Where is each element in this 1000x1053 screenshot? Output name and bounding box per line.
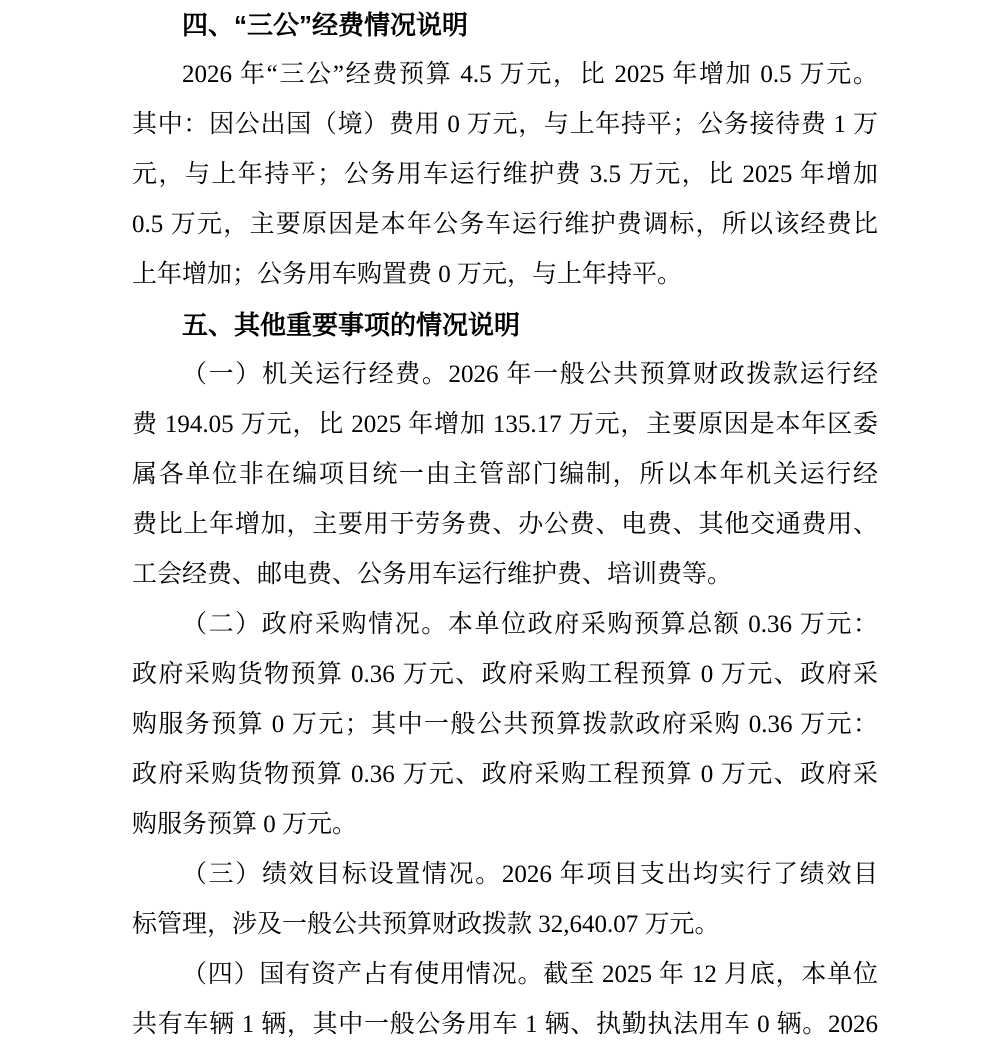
section-4-heading: 四、“三公”经费情况说明 (132, 0, 878, 50)
text-line: 政府采购货物预算 0.36 万元、政府采购工程预算 0 万元、政府采 (132, 650, 878, 700)
text-line: 上年增加；公务用车购置费 0 万元，与上年持平。 (132, 250, 878, 300)
text-line: 0.5 万元，主要原因是本年公务车运行维护费调标，所以该经费比 (132, 200, 878, 250)
text-line: 其中：因公出国（境）费用 0 万元，与上年持平；公务接待费 1 万 (132, 100, 878, 150)
text-line: 2026 年“三公”经费预算 4.5 万元，比 2025 年增加 0.5 万元。 (132, 50, 878, 100)
document-body: 四、“三公”经费情况说明 2026 年“三公”经费预算 4.5 万元，比 202… (132, 0, 878, 1050)
text-line: 购服务预算 0 万元。 (132, 800, 878, 850)
text-line: 共有车辆 1 辆，其中一般公务用车 1 辆、执勤执法用车 0 辆。2026 (132, 1000, 878, 1050)
text-line: 政府采购货物预算 0.36 万元、政府采购工程预算 0 万元、政府采 (132, 750, 878, 800)
section-5-heading: 五、其他重要事项的情况说明 (132, 300, 878, 350)
document-page: 四、“三公”经费情况说明 2026 年“三公”经费预算 4.5 万元，比 202… (0, 0, 1000, 1053)
text-line: 属各单位非在编项目统一由主管部门编制，所以本年机关运行经 (132, 450, 878, 500)
text-line: 元，与上年持平；公务用车运行维护费 3.5 万元，比 2025 年增加 (132, 150, 878, 200)
text-line: （一）机关运行经费。2026 年一般公共预算财政拨款运行经 (132, 350, 878, 400)
text-line: （四）国有资产占有使用情况。截至 2025 年 12 月底，本单位 (132, 950, 878, 1000)
text-line: 费比上年增加，主要用于劳务费、办公费、电费、其他交通费用、 (132, 500, 878, 550)
text-line: 工会经费、邮电费、公务用车运行维护费、培训费等。 (132, 550, 878, 600)
text-line: 标管理，涉及一般公共预算财政拨款 32,640.07 万元。 (132, 900, 878, 950)
text-line: （二）政府采购情况。本单位政府采购预算总额 0.36 万元： (132, 600, 878, 650)
text-line: 费 194.05 万元，比 2025 年增加 135.17 万元，主要原因是本年… (132, 400, 878, 450)
text-line: 购服务预算 0 万元；其中一般公共预算拨款政府采购 0.36 万元： (132, 700, 878, 750)
text-line: （三）绩效目标设置情况。2026 年项目支出均实行了绩效目 (132, 850, 878, 900)
